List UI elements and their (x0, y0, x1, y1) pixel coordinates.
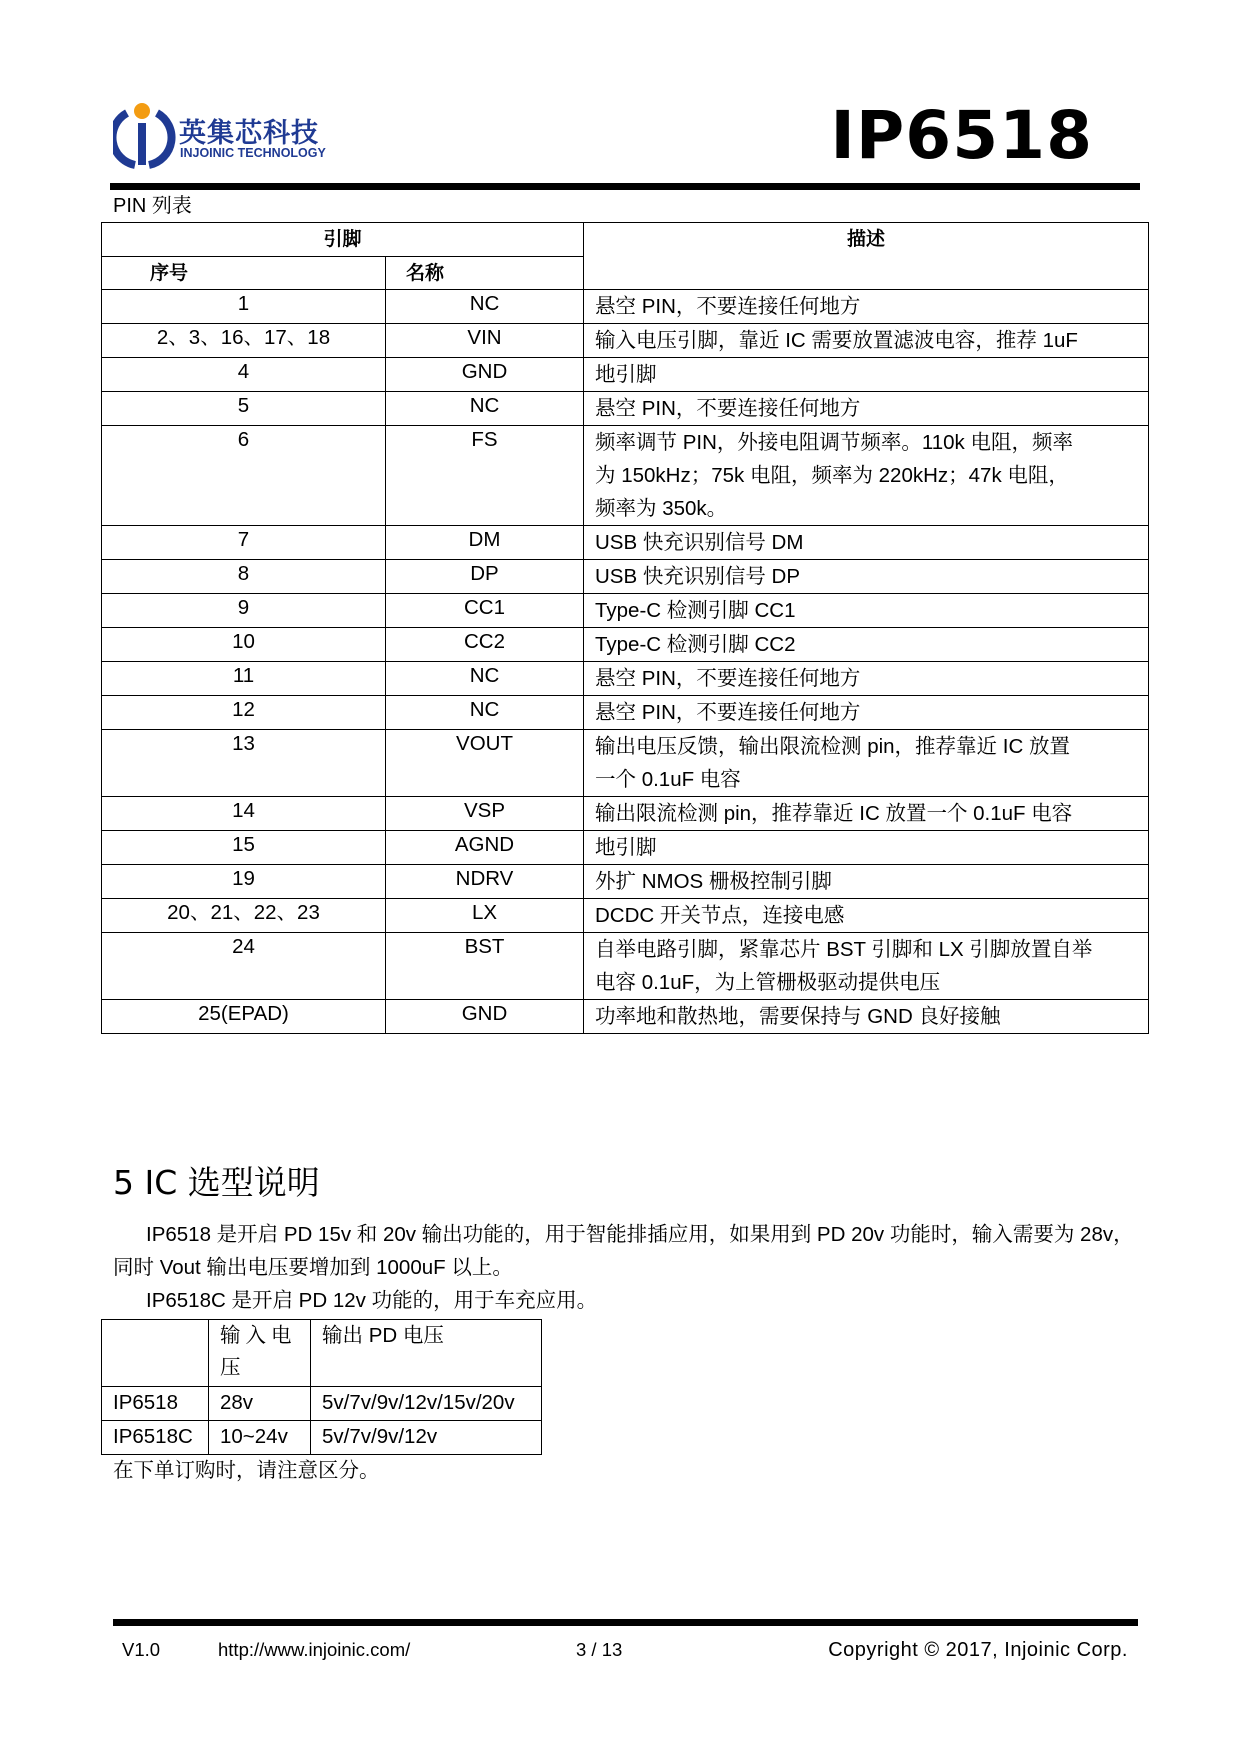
cell-pin-description: 输出限流检测 pin，推荐靠近 IC 放置一个 0.1uF 电容 (584, 797, 1149, 831)
cell-pin-number: 5 (102, 392, 386, 426)
table-row: IP6518 28v 5v/7v/9v/12v/15v/20v (102, 1387, 542, 1421)
cell-pin-description: 悬空 PIN，不要连接任何地方 (584, 662, 1149, 696)
cell-pin-name: CC2 (386, 628, 584, 662)
footer-url-link[interactable]: http://www.injoinic.com/ (218, 1637, 410, 1663)
table-row: 13VOUT输出电压反馈，输出限流检测 pin，推荐靠近 IC 放置一个 0.1… (102, 730, 1149, 797)
cell-pin-name: NC (386, 662, 584, 696)
description-line: 外扩 NMOS 栅极控制引脚 (595, 865, 1148, 898)
description-line: 一个 0.1uF 电容 (595, 763, 1148, 796)
cell-pin-number: 2、3、16、17、18 (102, 324, 386, 358)
cell-input: 10~24v (209, 1421, 311, 1455)
pin-table-body: 1NC悬空 PIN，不要连接任何地方2、3、16、17、18VIN输入电压引脚，… (102, 290, 1149, 1034)
table-row: 7DMUSB 快充识别信号 DM (102, 526, 1149, 560)
table-row: 9CC1Type-C 检测引脚 CC1 (102, 594, 1149, 628)
cell-pin-description: 悬空 PIN，不要连接任何地方 (584, 696, 1149, 730)
description-line: 输出限流检测 pin，推荐靠近 IC 放置一个 0.1uF 电容 (595, 797, 1148, 830)
footer-divider (113, 1619, 1138, 1626)
description-line: 地引脚 (595, 831, 1148, 864)
header-seq: 序号 (102, 257, 386, 290)
table-header-row: 输入电压 输出 PD 电压 (102, 1320, 542, 1387)
cell-pin-name: FS (386, 426, 584, 526)
cell-pin-name: DM (386, 526, 584, 560)
table-row: 4GND地引脚 (102, 358, 1149, 392)
cell-pin-name: VOUT (386, 730, 584, 797)
cell-pin-description: 频率调节 PIN，外接电阻调节频率。110k 电阻，频率为 150kHz；75k… (584, 426, 1149, 526)
cell-pin-description: 功率地和散热地，需要保持与 GND 良好接触 (584, 1000, 1149, 1034)
ic-selection-table: 输入电压 输出 PD 电压 IP6518 28v 5v/7v/9v/12v/15… (101, 1319, 542, 1455)
footer-page-number: 3 / 13 (576, 1637, 622, 1663)
cell-pin-description: 自举电路引脚，紧靠芯片 BST 引脚和 LX 引脚放置自举电容 0.1uF，为上… (584, 933, 1149, 1000)
cell-pin-name: AGND (386, 831, 584, 865)
cell-pin-number: 11 (102, 662, 386, 696)
injoinic-logo-icon (113, 101, 177, 169)
header-input-voltage: 输入电压 (209, 1320, 311, 1387)
cell-pin-name: DP (386, 560, 584, 594)
header-output-voltage: 输出 PD 电压 (311, 1320, 542, 1387)
description-line: DCDC 开关节点，连接电感 (595, 899, 1148, 932)
header-pin: 引脚 (102, 223, 584, 257)
cell-pin-number: 7 (102, 526, 386, 560)
cell-pin-description: USB 快充识别信号 DP (584, 560, 1149, 594)
cell-pin-name: NC (386, 290, 584, 324)
pin-table: 引脚 描述 序号 名称 1NC悬空 PIN，不要连接任何地方2、3、16、17、… (101, 222, 1149, 1034)
cell-pin-name: NC (386, 392, 584, 426)
header-model (102, 1320, 209, 1387)
description-line: 悬空 PIN，不要连接任何地方 (595, 662, 1148, 695)
cell-pin-name: VSP (386, 797, 584, 831)
description-line: 电容 0.1uF，为上管栅极驱动提供电压 (595, 966, 1148, 999)
pin-table-caption: PIN 列表 (113, 193, 192, 219)
description-line: 频率为 350k。 (595, 492, 1148, 525)
logo-cn-text: 英集芯科技 (179, 111, 319, 150)
cell-pin-name: NDRV (386, 865, 584, 899)
footer-version: V1.0 (122, 1637, 160, 1663)
cell-pin-description: 地引脚 (584, 358, 1149, 392)
cell-input: 28v (209, 1387, 311, 1421)
cell-pin-description: USB 快充识别信号 DM (584, 526, 1149, 560)
cell-pin-name: VIN (386, 324, 584, 358)
description-line: 悬空 PIN，不要连接任何地方 (595, 392, 1148, 425)
cell-pin-description: 悬空 PIN，不要连接任何地方 (584, 392, 1149, 426)
cell-model: IP6518 (102, 1387, 209, 1421)
header-name: 名称 (386, 257, 584, 290)
cell-pin-number: 12 (102, 696, 386, 730)
description-line: Type-C 检测引脚 CC2 (595, 628, 1148, 661)
table-row: 2、3、16、17、18VIN输入电压引脚，靠近 IC 需要放置滤波电容，推荐 … (102, 324, 1149, 358)
cell-pin-number: 13 (102, 730, 386, 797)
cell-pin-number: 10 (102, 628, 386, 662)
description-line: 悬空 PIN，不要连接任何地方 (595, 696, 1148, 729)
company-logo: 英集芯科技 INJOINIC TECHNOLOGY (113, 101, 343, 169)
cell-pin-number: 1 (102, 290, 386, 324)
cell-model: IP6518C (102, 1421, 209, 1455)
cell-pin-number: 24 (102, 933, 386, 1000)
header-desc: 描述 (584, 223, 1149, 290)
cell-pin-number: 25(EPAD) (102, 1000, 386, 1034)
description-line: 悬空 PIN，不要连接任何地方 (595, 290, 1148, 323)
description-line: 输出电压反馈，输出限流检测 pin，推荐靠近 IC 放置 (595, 730, 1148, 763)
description-line: Type-C 检测引脚 CC1 (595, 594, 1148, 627)
table-row: 25(EPAD)GND功率地和散热地，需要保持与 GND 良好接触 (102, 1000, 1149, 1034)
table-row: 15AGND地引脚 (102, 831, 1149, 865)
cell-output: 5v/7v/9v/12v (311, 1421, 542, 1455)
table-row: 20、21、22、23LXDCDC 开关节点，连接电感 (102, 899, 1149, 933)
description-line: 为 150kHz；75k 电阻，频率为 220kHz；47k 电阻， (595, 459, 1148, 492)
cell-pin-name: GND (386, 1000, 584, 1034)
cell-pin-description: Type-C 检测引脚 CC2 (584, 628, 1149, 662)
table-row: 14VSP输出限流检测 pin，推荐靠近 IC 放置一个 0.1uF 电容 (102, 797, 1149, 831)
table-row: 6FS频率调节 PIN，外接电阻调节频率。110k 电阻，频率为 150kHz；… (102, 426, 1149, 526)
footer-copyright: Copyright © 2017, Injoinic Corp. (828, 1637, 1128, 1663)
table-row: 19NDRV外扩 NMOS 栅极控制引脚 (102, 865, 1149, 899)
cell-pin-number: 14 (102, 797, 386, 831)
cell-pin-number: 8 (102, 560, 386, 594)
description-line: 输入电压引脚，靠近 IC 需要放置滤波电容，推荐 1uF (595, 324, 1148, 357)
cell-pin-number: 19 (102, 865, 386, 899)
table-row: 24BST自举电路引脚，紧靠芯片 BST 引脚和 LX 引脚放置自举电容 0.1… (102, 933, 1149, 1000)
cell-pin-description: 输出电压反馈，输出限流检测 pin，推荐靠近 IC 放置一个 0.1uF 电容 (584, 730, 1149, 797)
cell-pin-number: 6 (102, 426, 386, 526)
order-note: 在下单订购时，请注意区分。 (113, 1456, 380, 1486)
cell-pin-description: Type-C 检测引脚 CC1 (584, 594, 1149, 628)
description-line: 自举电路引脚，紧靠芯片 BST 引脚和 LX 引脚放置自举 (595, 933, 1148, 966)
table-row: 8DPUSB 快充识别信号 DP (102, 560, 1149, 594)
description-line: 地引脚 (595, 358, 1148, 391)
table-row: 12NC悬空 PIN，不要连接任何地方 (102, 696, 1149, 730)
cell-pin-description: 地引脚 (584, 831, 1149, 865)
cell-pin-description: 悬空 PIN，不要连接任何地方 (584, 290, 1149, 324)
cell-pin-name: BST (386, 933, 584, 1000)
table-row: 1NC悬空 PIN，不要连接任何地方 (102, 290, 1149, 324)
cell-pin-name: NC (386, 696, 584, 730)
header-divider (110, 183, 1140, 190)
description-line: 频率调节 PIN，外接电阻调节频率。110k 电阻，频率 (595, 426, 1148, 459)
cell-output: 5v/7v/9v/12v/15v/20v (311, 1387, 542, 1421)
cell-pin-number: 4 (102, 358, 386, 392)
description-line: USB 快充识别信号 DM (595, 526, 1148, 559)
cell-pin-name: CC1 (386, 594, 584, 628)
section-paragraph-2: IP6518C 是开启 PD 12v 功能的，用于车充应用。 (113, 1284, 1143, 1317)
cell-pin-name: LX (386, 899, 584, 933)
cell-pin-description: DCDC 开关节点，连接电感 (584, 899, 1149, 933)
section-paragraph-1: IP6518 是开启 PD 15v 和 20v 输出功能的，用于智能排插应用，如… (113, 1218, 1143, 1284)
description-line: 功率地和散热地，需要保持与 GND 良好接触 (595, 1000, 1148, 1033)
table-row: 5NC悬空 PIN，不要连接任何地方 (102, 392, 1149, 426)
section-title: 5 IC 选型说明 (113, 1160, 320, 1206)
table-row: 11NC悬空 PIN，不要连接任何地方 (102, 662, 1149, 696)
description-line: USB 快充识别信号 DP (595, 560, 1148, 593)
table-row: 10CC2Type-C 检测引脚 CC2 (102, 628, 1149, 662)
table-row: IP6518C 10~24v 5v/7v/9v/12v (102, 1421, 542, 1455)
cell-pin-description: 外扩 NMOS 栅极控制引脚 (584, 865, 1149, 899)
logo-en-text: INJOINIC TECHNOLOGY (180, 146, 326, 160)
cell-pin-number: 15 (102, 831, 386, 865)
document-title: IP6518 (830, 96, 1093, 176)
cell-pin-number: 20、21、22、23 (102, 899, 386, 933)
cell-pin-number: 9 (102, 594, 386, 628)
cell-pin-name: GND (386, 358, 584, 392)
cell-pin-description: 输入电压引脚，靠近 IC 需要放置滤波电容，推荐 1uF (584, 324, 1149, 358)
